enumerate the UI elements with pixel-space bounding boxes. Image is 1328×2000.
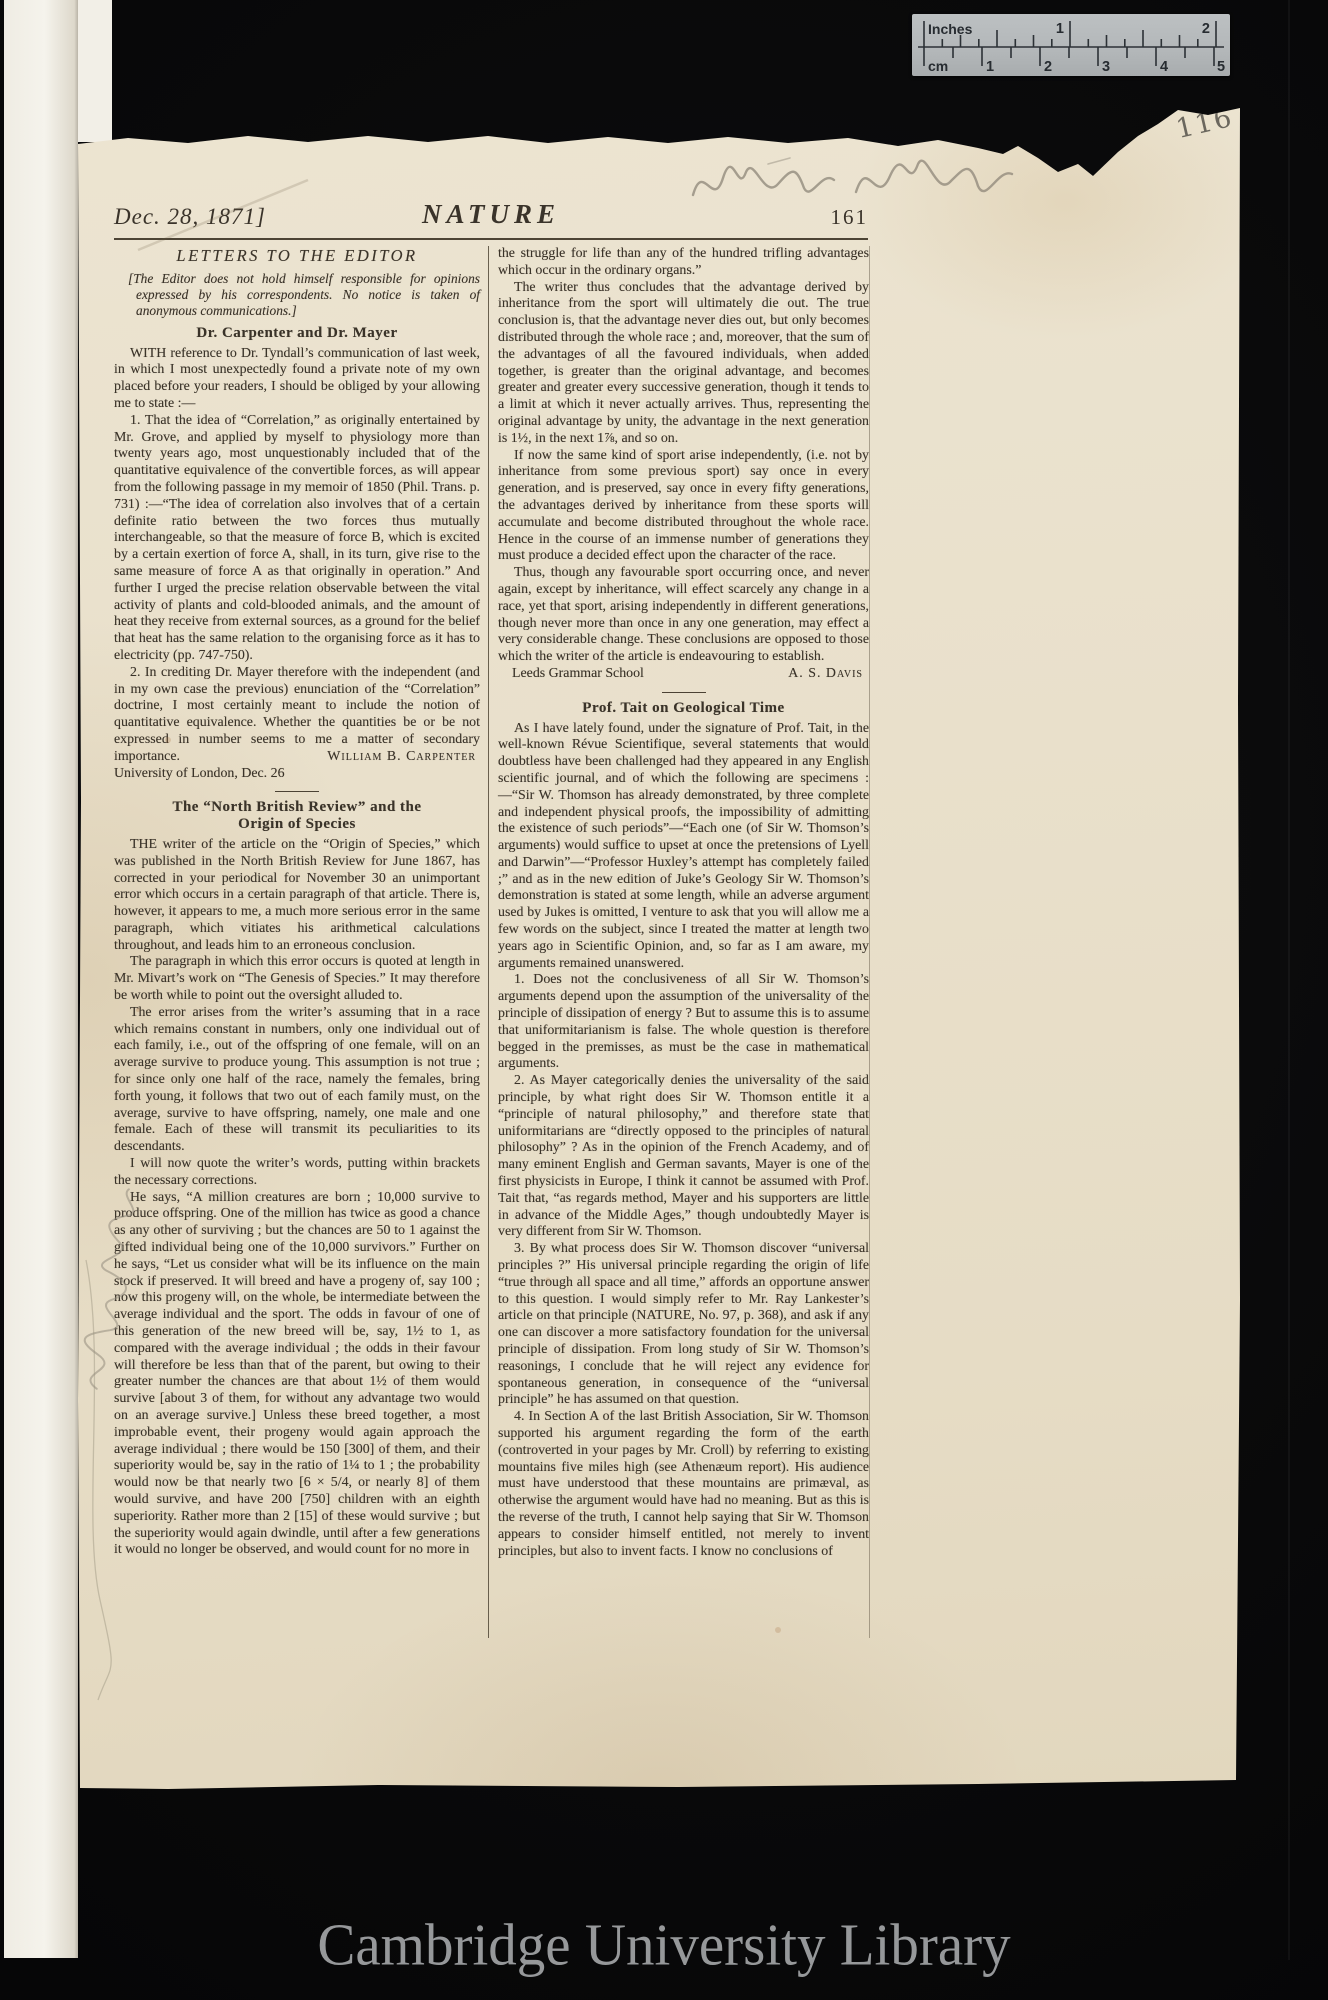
ruler-cm-3: 3 <box>1102 59 1110 75</box>
journal-page-scan: Dec. 28, 1871] NATURE 161 LETTERS TO THE… <box>78 100 1240 1790</box>
letter1-paragraph: WITH reference to Dr. Tyndall’s communic… <box>114 346 480 413</box>
ruler-cm-ticks <box>924 47 1214 66</box>
letter2-title: The “North British Review” and the Origi… <box>114 799 480 833</box>
letter1-paragraph: 1. That the idea of “Correlation,” as or… <box>114 413 480 665</box>
ruler-scale-graphic: Inches cm 1 2 1 2 3 4 5 <box>912 14 1230 76</box>
journal-title: NATURE <box>422 199 560 230</box>
letter2-signoff-place: Leeds Grammar School <box>512 666 644 683</box>
letter2-signature: A. S. Davis <box>788 666 863 683</box>
section-divider-rule <box>275 791 319 792</box>
pencil-signature-annotation <box>693 158 1012 195</box>
letter3-paragraph: 1. Does not the conclusiveness of all Si… <box>498 972 869 1073</box>
measurement-ruler: Inches cm 1 2 1 2 3 4 5 <box>912 14 1230 76</box>
letter3-paragraph: 3. By what process does Sir W. Thomson d… <box>498 1241 869 1409</box>
ruler-cm-2: 2 <box>1044 59 1052 75</box>
ruler-cm-label: cm <box>928 58 948 74</box>
ruler-cm-1: 1 <box>986 59 994 75</box>
backing-cloth-seam <box>1288 0 1290 1960</box>
ruler-inches-label: Inches <box>928 21 973 37</box>
letter1-title: Dr. Carpenter and Dr. Mayer <box>114 325 480 342</box>
page-number: 161 <box>831 205 869 230</box>
letter2-continuation: the struggle for life than any of the hu… <box>498 246 869 280</box>
ruler-inch-1: 1 <box>1056 21 1064 37</box>
letter2-signature-row: Leeds Grammar School A. S. Davis <box>498 666 869 683</box>
page-header: Dec. 28, 1871] NATURE 161 <box>114 196 868 230</box>
letter2-continuation: If now the same kind of sport arise inde… <box>498 448 869 566</box>
left-column: LETTERS TO THE EDITOR [The Editor does n… <box>114 248 480 1559</box>
letter3-paragraph: As I have lately found, under the signat… <box>498 721 869 973</box>
letter1-signoff: University of London, Dec. 26 <box>114 766 480 783</box>
margin-pencil-curve <box>86 1260 111 1700</box>
letter3-paragraph: 4. In Section A of the last British Asso… <box>498 1409 869 1560</box>
letter2-paragraph: The paragraph in which this error occurs… <box>114 954 480 1004</box>
ruler-inch-2: 2 <box>1202 21 1210 37</box>
section-title: LETTERS TO THE EDITOR <box>114 248 480 265</box>
letter2-paragraph: The error arises from the writer’s assum… <box>114 1005 480 1156</box>
issue-date: Dec. 28, 1871] <box>114 204 266 230</box>
letter2-continuation: Thus, though any favourable sport occurr… <box>498 565 869 666</box>
right-column: the struggle for life than any of the hu… <box>498 246 869 1560</box>
library-watermark: Cambridge University Library <box>0 1912 1328 1980</box>
letter2-title-line1: The “North British Review” and the <box>172 799 421 815</box>
pencil-folio-number: 116 <box>1173 102 1236 145</box>
letter2-title-line2: Origin of Species <box>238 816 356 832</box>
letter2-paragraph: I will now quote the writer’s words, put… <box>114 1156 480 1190</box>
editor-disclaimer: [The Editor does not hold himself respon… <box>114 271 480 319</box>
letter3-paragraph: 2. As Mayer categorically denies the uni… <box>498 1073 869 1241</box>
letter2-paragraph: He says, “A million creatures are born ;… <box>114 1190 480 1560</box>
photograph-background: Inches cm 1 2 1 2 3 4 5 Dec. 28, 1871] N… <box>0 0 1328 2000</box>
ruler-cm-5: 5 <box>1217 59 1225 75</box>
column-divider-rule <box>488 246 489 1638</box>
ruler-cm-4: 4 <box>1160 59 1168 75</box>
right-margin-rule <box>869 246 870 1638</box>
letter2-continuation: The writer thus concludes that the advan… <box>498 280 869 448</box>
header-rule <box>114 238 868 240</box>
letter2-paragraph: THE writer of the article on the “Origin… <box>114 837 480 955</box>
letter3-title: Prof. Tait on Geological Time <box>498 700 869 717</box>
under-board-left-edge <box>4 0 78 1958</box>
section-divider-rule <box>662 692 706 693</box>
